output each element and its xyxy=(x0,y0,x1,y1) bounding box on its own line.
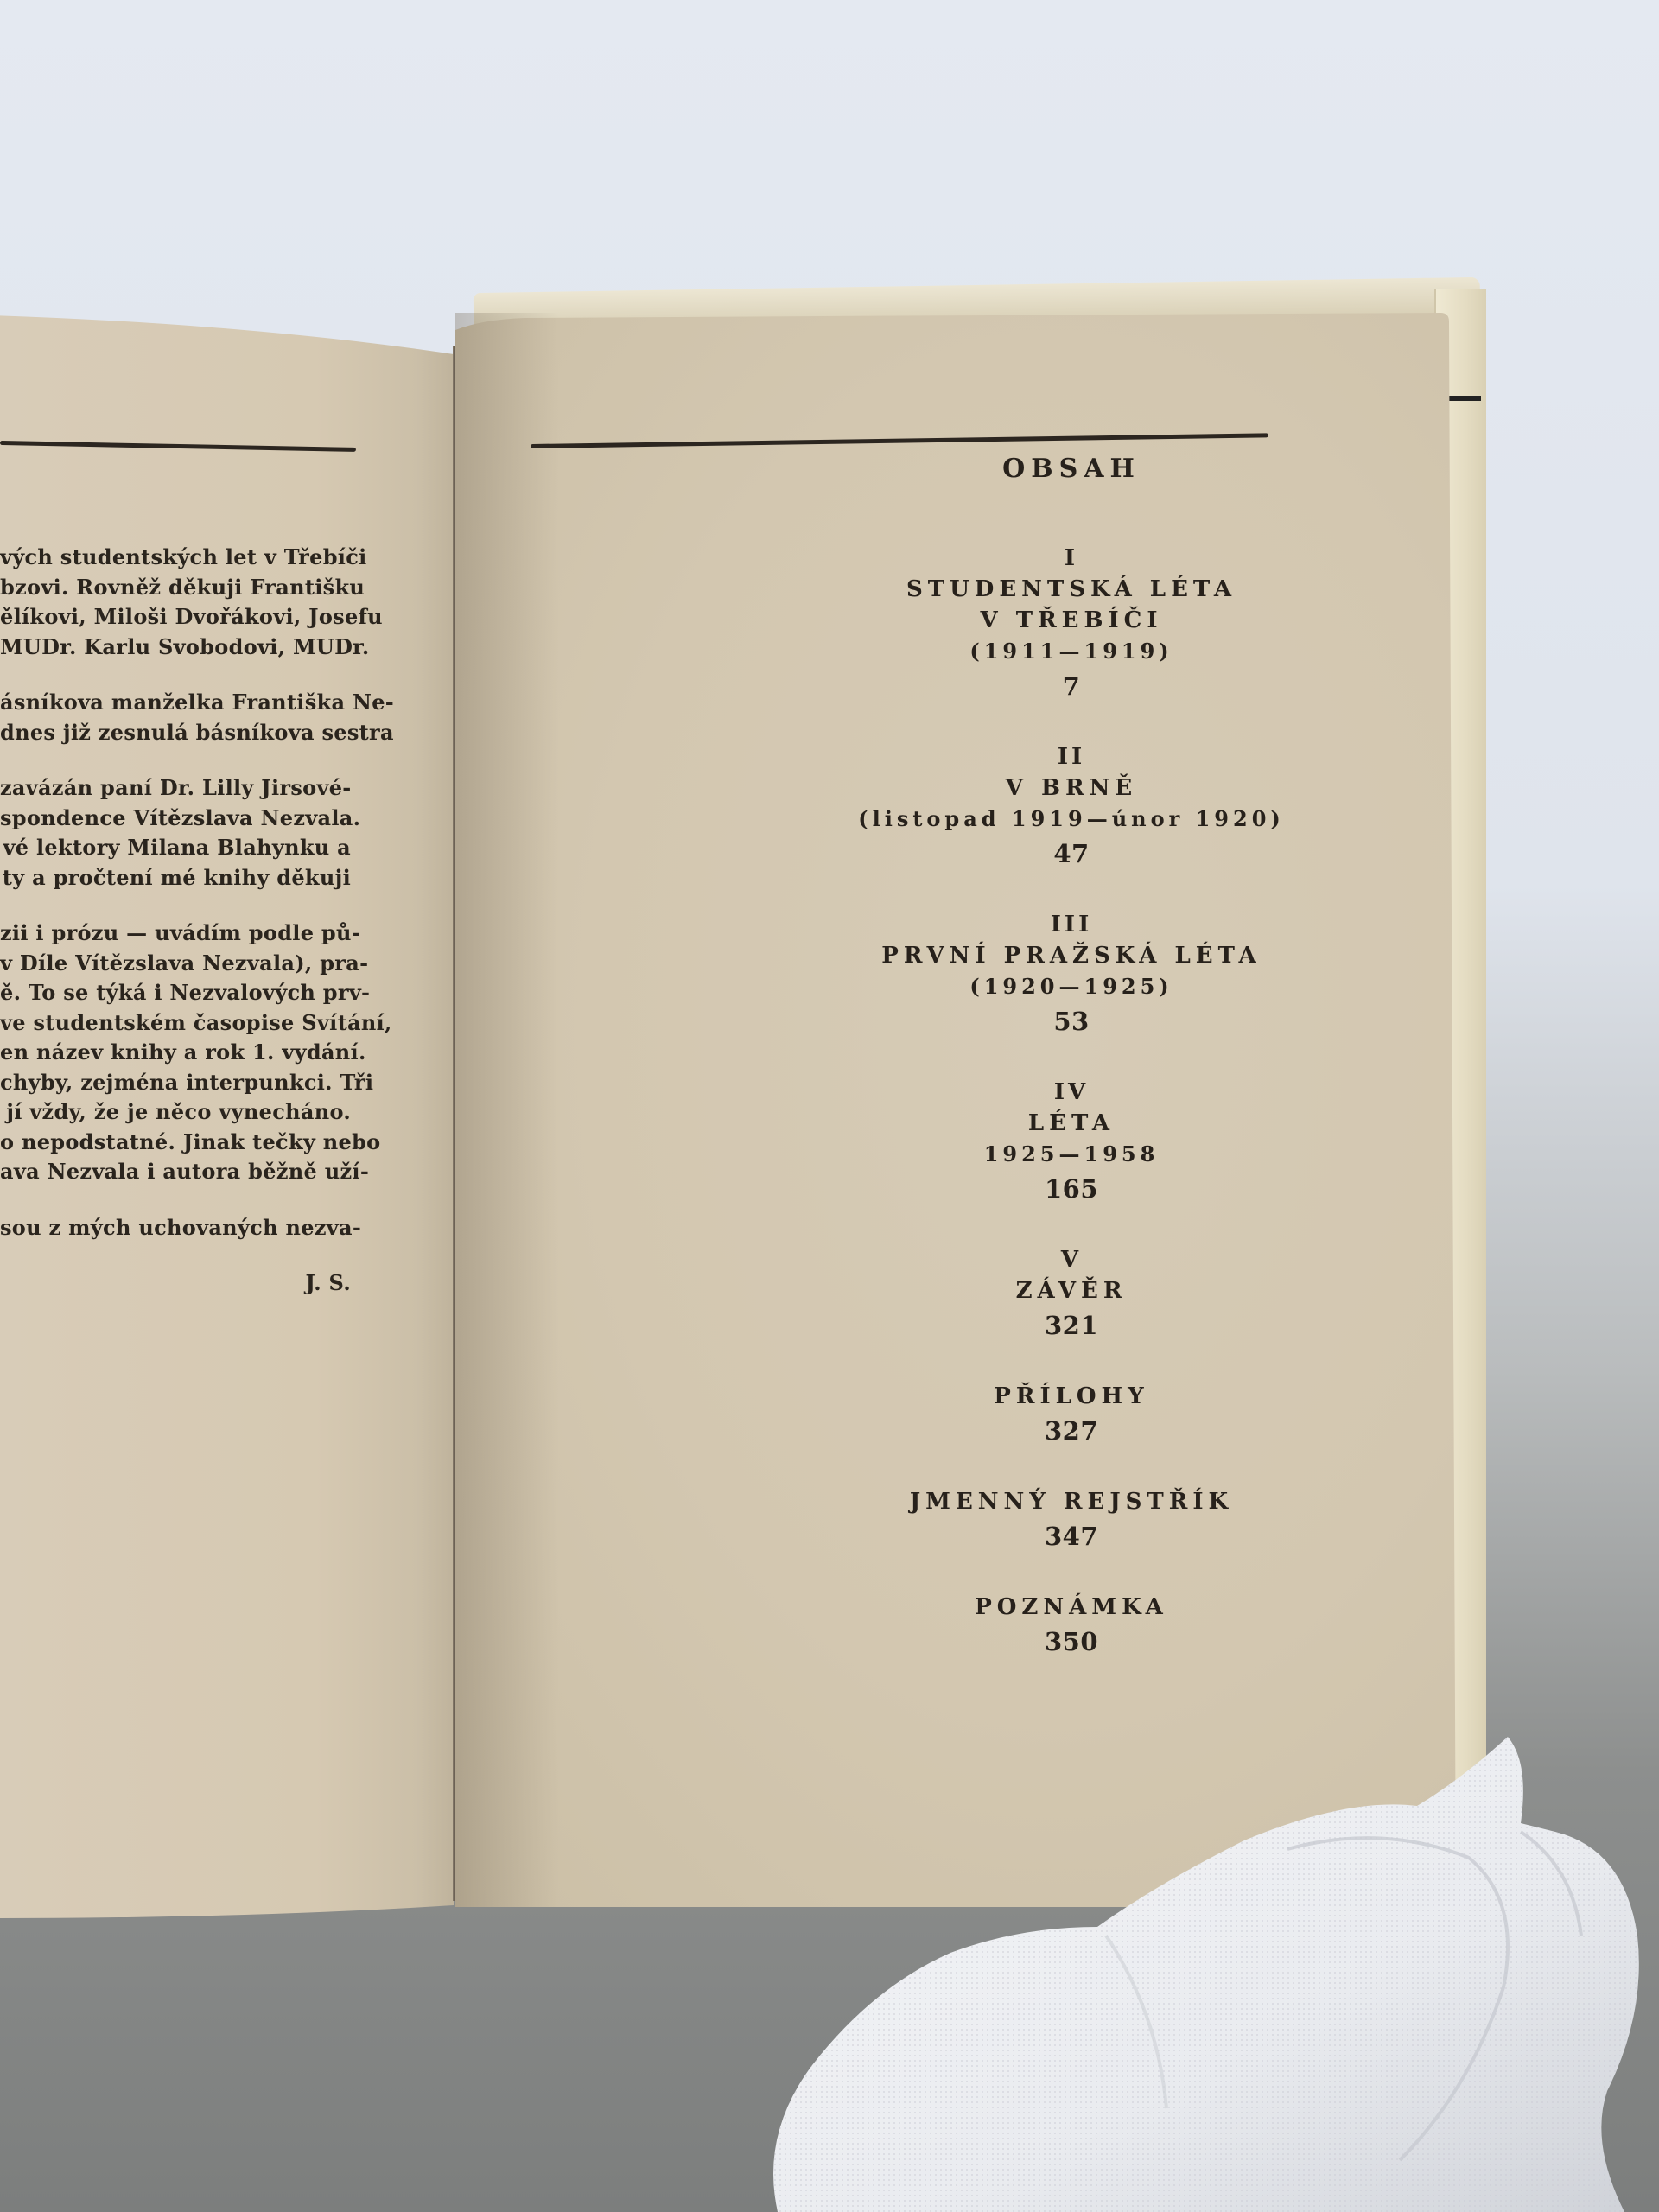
text-line: chyby, zejména interpunkci. Tři xyxy=(0,1068,351,1098)
author-signature: J. S. xyxy=(0,1268,351,1299)
table-of-contents: OBSAH I STUDENTSKÁ LÉTA V TŘEBÍČI (1911—… xyxy=(769,448,1374,1697)
text-line: ělíkovi, Miloši Dvořákovi, Josefu xyxy=(0,602,351,632)
text-line: ty a pročtení mé knihy děkuji xyxy=(0,863,351,893)
paragraph: ásníkova manželka Františka Ne- dnes již… xyxy=(0,688,351,747)
text-line: ásníkova manželka Františka Ne- xyxy=(0,688,351,718)
toc-title: OBSAH xyxy=(769,448,1374,543)
toc-entry: JMENNÝ REJSTŘÍK 347 xyxy=(769,1486,1374,1555)
text-line: ve studentském časopise Svítání, xyxy=(0,1008,351,1039)
toc-entry: IV LÉTA 1925—1958 165 xyxy=(769,1077,1374,1208)
section-page-number: 347 xyxy=(769,1517,1374,1555)
text-line: ě. To se týká i Nezvalových prv- xyxy=(0,978,351,1008)
text-line: vých studentských let v Třebíči xyxy=(0,543,351,573)
chapter-page-number: 47 xyxy=(769,835,1374,873)
chapter-numeral: IV xyxy=(769,1077,1374,1108)
chapter-numeral: I xyxy=(769,543,1374,574)
paragraph: zavázán paní Dr. Lilly Jirsové- spondenc… xyxy=(0,773,351,893)
toc-entry: POZNÁMKA 350 xyxy=(769,1592,1374,1661)
chapter-dates: (1920—1925) xyxy=(769,971,1374,1002)
chapter-page-number: 321 xyxy=(769,1306,1374,1344)
gutter-shadow xyxy=(455,313,559,1907)
chapter-title: LÉTA xyxy=(769,1108,1374,1139)
text-line: jí vždy, že je něco vynecháno. xyxy=(0,1097,351,1128)
paragraph: sou z mých uchovaných nezva- xyxy=(0,1213,351,1243)
left-page-text: vých studentských let v Třebíči bzovi. R… xyxy=(0,543,351,1299)
section-page-number: 350 xyxy=(769,1623,1374,1661)
chapter-dates: 1925—1958 xyxy=(769,1139,1374,1170)
toc-entry: PŘÍLOHY 327 xyxy=(769,1381,1374,1450)
toc-entry: II V BRNĚ (listopad 1919—únor 1920) 47 xyxy=(769,741,1374,873)
section-title: PŘÍLOHY xyxy=(769,1381,1374,1412)
book-photo: vých studentských let v Třebíči bzovi. R… xyxy=(0,0,1659,2212)
text-line: sou z mých uchovaných nezva- xyxy=(0,1213,351,1243)
chapter-dates: (listopad 1919—únor 1920) xyxy=(769,804,1374,835)
text-line: bzovi. Rovněž děkuji Františku xyxy=(0,573,351,603)
section-page-number: 327 xyxy=(769,1412,1374,1450)
text-line: ava Nezvala i autora běžně uží- xyxy=(0,1157,351,1187)
chapter-title: STUDENTSKÁ LÉTA xyxy=(769,574,1374,605)
chapter-numeral: II xyxy=(769,741,1374,772)
text-line: vé lektory Milana Blahynku a xyxy=(0,833,351,863)
chapter-numeral: III xyxy=(769,909,1374,940)
text-line: o nepodstatné. Jinak tečky nebo xyxy=(0,1128,351,1158)
chapter-page-number: 53 xyxy=(769,1002,1374,1040)
toc-entry: III PRVNÍ PRAŽSKÁ LÉTA (1920—1925) 53 xyxy=(769,909,1374,1040)
chapter-title: ZÁVĚR xyxy=(769,1275,1374,1306)
text-line: MUDr. Karlu Svobodovi, MUDr. xyxy=(0,632,351,663)
chapter-page-number: 165 xyxy=(769,1170,1374,1208)
toc-entry: I STUDENTSKÁ LÉTA V TŘEBÍČI (1911—1919) … xyxy=(769,543,1374,705)
paragraph: zii i prózu — uvádím podle pů- v Díle Ví… xyxy=(0,918,351,1187)
text-line: dnes již zesnulá básníkova sestra xyxy=(0,718,351,748)
chapter-title: V TŘEBÍČI xyxy=(769,605,1374,636)
text-line: zavázán paní Dr. Lilly Jirsové- xyxy=(0,773,351,804)
toc-entry: V ZÁVĚR 321 xyxy=(769,1244,1374,1344)
chapter-title: PRVNÍ PRAŽSKÁ LÉTA xyxy=(769,940,1374,971)
text-line: v Díle Vítězslava Nezvala), pra- xyxy=(0,949,351,979)
paragraph: vých studentských let v Třebíči bzovi. R… xyxy=(0,543,351,662)
section-title: POZNÁMKA xyxy=(769,1592,1374,1623)
chapter-page-number: 7 xyxy=(769,667,1374,705)
chapter-title: V BRNĚ xyxy=(769,772,1374,804)
text-line: en název knihy a rok 1. vydání. xyxy=(0,1038,351,1068)
chapter-numeral: V xyxy=(769,1244,1374,1275)
chapter-dates: (1911—1919) xyxy=(769,636,1374,667)
text-line: spondence Vítězslava Nezvala. xyxy=(0,804,351,834)
section-title: JMENNÝ REJSTŘÍK xyxy=(769,1486,1374,1517)
text-line: zii i prózu — uvádím podle pů- xyxy=(0,918,351,949)
